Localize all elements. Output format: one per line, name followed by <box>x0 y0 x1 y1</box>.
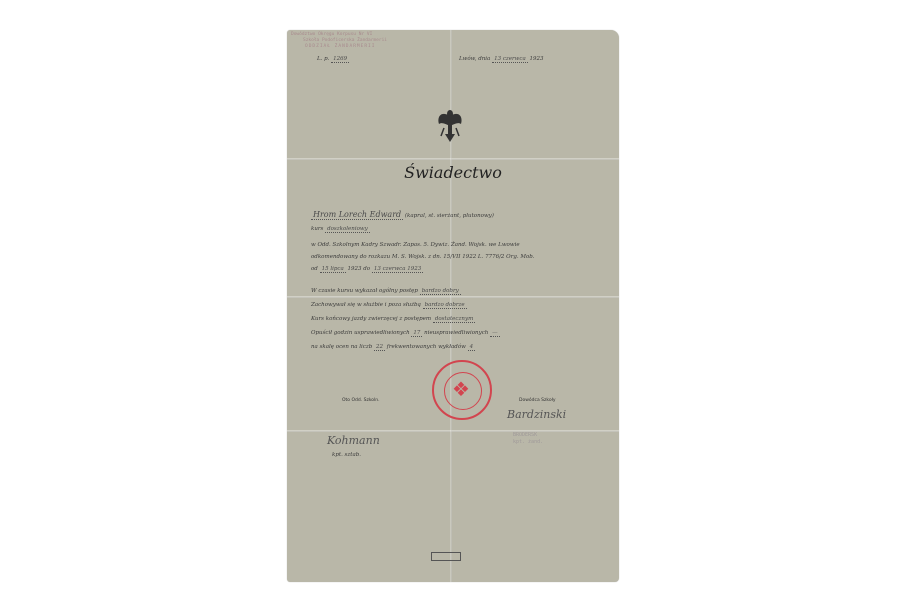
reference-number: L. p. 1269 <box>317 56 349 62</box>
result-row: Kurs końcowy jazdy zwierzęcej z postępem… <box>311 316 475 322</box>
result-row: Opuścił godzin usprawiedliwionych 17 nie… <box>311 330 500 336</box>
fold-line <box>287 158 619 160</box>
body-line: odkomendowany do rozkazu M. S. Wojsk. z … <box>311 254 535 260</box>
header-stamp: Dowództwo Okręgu Korpusu Nr VI Szkoła Po… <box>291 32 387 50</box>
left-signature: Kohmann <box>327 434 380 447</box>
faint-stamp: kpt. żand. <box>513 439 543 445</box>
period-line: od 15 lipca 1923 do 13 czerwca 1923 <box>311 266 423 272</box>
certificate-paper: Dowództwo Okręgu Korpusu Nr VI Szkoła Po… <box>287 30 619 582</box>
archive-tag <box>431 552 461 561</box>
result-row: W czasie kursu wykazał ogólny postęp bar… <box>311 288 461 294</box>
polish-eagle-emblem-icon <box>435 106 465 144</box>
document-title: Świadectwo <box>287 163 619 182</box>
seal-eagle-icon: ❖ <box>446 374 476 404</box>
right-signature-label: Dowódca Szkoły <box>519 398 556 403</box>
course-line: kurs doszkoleniowy <box>311 226 370 232</box>
fold-line <box>287 430 619 432</box>
right-signature: Bardzinski <box>507 408 566 421</box>
result-row: na skalę ocen na liczb 22 frekwentowanyc… <box>311 344 475 350</box>
red-official-seal: ❖ <box>432 360 492 420</box>
fold-line <box>287 296 619 298</box>
left-signature-label: Oto Odd. Szkoln. <box>342 398 380 403</box>
body-line: w Odd. Szkolnym Kadry Szwadr. Zapas. 5. … <box>311 242 520 248</box>
left-signature-subtitle: kpt. sztab. <box>332 452 361 458</box>
faint-stamp: BRODERSK <box>513 432 537 438</box>
place-date: Lwów, dnia 13 czerwca 1923 <box>459 56 544 62</box>
result-row: Zachowywał się w służbie i poza służbą b… <box>311 302 467 308</box>
name-line: Hrom Lorech Edward (kapral, st. sierżant… <box>311 210 494 219</box>
